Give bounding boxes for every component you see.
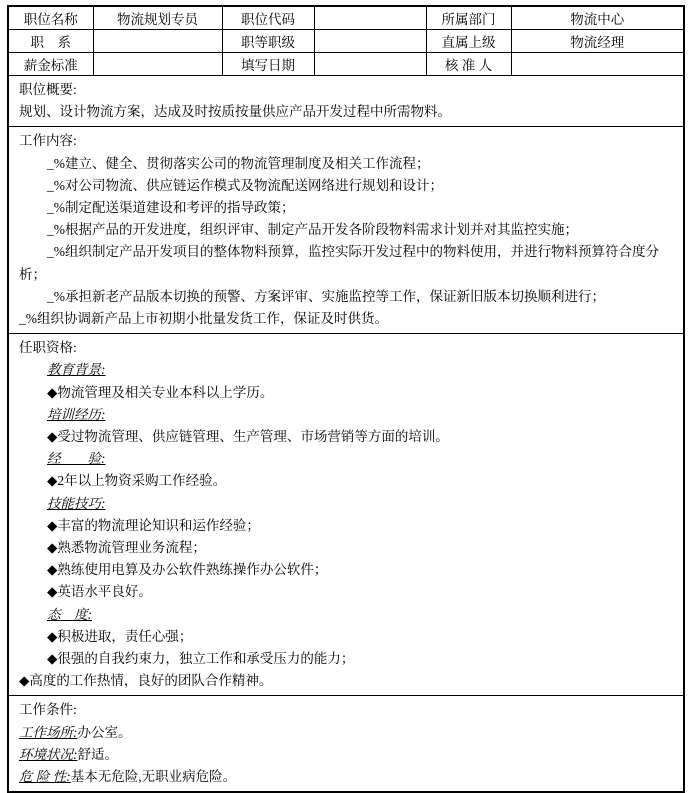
attitude-heading-text: 态 度: [47,607,92,622]
salary-value [93,53,222,76]
workplace-value: 办公室。 [78,725,132,740]
summary-title: 职位概要: [19,79,675,101]
training-heading: 培训经历: [47,404,675,426]
skills-heading-text: 技能技巧: [47,496,106,511]
approver-label: 核 准 人 [426,53,511,76]
workplace-label: 工作场所: [19,725,78,740]
experience-heading: 经 验: [47,448,675,470]
job-description-form: 职位名称 物流规划专员 职位代码 所属部门 物流中心 职 系 职等职级 直属上级… [7,5,685,792]
risk-label: 危 险 性: [19,769,71,784]
job-grade-label: 职等职级 [222,30,314,53]
bullet-skill: ◆熟练使用电算及办公软件熟练操作办公软件； [47,559,675,581]
qualifications-section: 任职资格: 教育背景: ◆物流管理及相关专业本科以上学历。 培训经历: ◆受过物… [9,333,683,695]
job-family-value [93,30,222,53]
education-heading: 教育背景: [47,359,675,381]
job-name-label: 职位名称 [9,7,93,30]
bullet-skill: ◆丰富的物流理论知识和运作经验； [47,515,675,537]
bullet-experience: ◆2年以上物资采购工作经验。 [47,470,675,492]
department-value: 物流中心 [511,7,683,30]
duty-item: _%承担新老产品版本切换的预警、方案评审、实施监控等工作，保证新旧版本切换顺利进… [19,286,675,308]
education-heading-text: 教育背景: [47,362,106,377]
job-code-value [314,7,426,30]
header-row-1: 职位名称 物流规划专员 职位代码 所属部门 物流中心 [9,7,683,30]
salary-label: 薪金标准 [9,53,93,76]
bullet-education: ◆物流管理及相关专业本科以上学历。 [47,382,675,404]
skills-heading: 技能技巧: [47,493,675,515]
summary-body: 规划、设计物流方案，达成及时按质按量供应产品开发过程中所需物料。 [19,101,675,123]
condition-environment: 环境状况:舒适。 [19,744,675,766]
environment-value: 舒适。 [78,747,119,762]
job-code-label: 职位代码 [222,7,314,30]
job-name-value: 物流规划专员 [93,7,222,30]
approver-value [511,53,683,76]
bullet-training: ◆受过物流管理、供应链管理、生产管理、市场营销等方面的培训。 [47,426,675,448]
condition-workplace: 工作场所:办公室。 [19,722,675,744]
department-label: 所属部门 [426,7,511,30]
qualifications-title: 任职资格: [19,337,675,359]
bullet-closing: ◆高度的工作热情，良好的团队合作精神。 [19,670,675,692]
supervisor-value: 物流经理 [511,30,683,53]
bullet-skill: ◆英语水平良好。 [47,581,675,603]
duty-item: _%组织协调新产品上市初期小批量发货工作，保证及时供货。 [19,308,675,330]
risk-value: 基本无危险,无职业病危险。 [71,769,236,784]
duties-title: 工作内容: [19,130,675,152]
duty-item: _%根据产品的开发进度，组织评审、制定产品开发各阶段物料需求计划并对其监控实施； [19,219,675,241]
job-grade-value [314,30,426,53]
duty-item: _%组织制定产品开发项目的整体物料预算，监控实际开发过程中的物料使用，并进行物料… [19,241,675,285]
duties-section: 工作内容: _%建立、健全、贯彻落实公司的物流管理制度及相关工作流程； _%对公… [9,126,683,333]
training-heading-text: 培训经历: [47,407,106,422]
conditions-section: 工作条件: 工作场所:办公室。 环境状况:舒适。 危 险 性:基本无危险,无职业… [9,695,683,791]
header-row-2: 职 系 职等职级 直属上级 物流经理 [9,30,683,53]
supervisor-label: 直属上级 [426,30,511,53]
experience-heading-text: 经 验: [47,451,106,466]
bullet-attitude: ◆很强的自我约束力，独立工作和承受压力的能力； [47,648,675,670]
bullet-attitude: ◆积极进取，责任心强； [47,626,675,648]
conditions-title: 工作条件: [19,699,675,721]
duty-item: _%建立、健全、贯彻落实公司的物流管理制度及相关工作流程； [19,153,675,175]
header-table: 职位名称 物流规划专员 职位代码 所属部门 物流中心 职 系 职等职级 直属上级… [9,7,683,75]
summary-section: 职位概要: 规划、设计物流方案，达成及时按质按量供应产品开发过程中所需物料。 [9,75,683,126]
environment-label: 环境状况: [19,747,78,762]
bullet-skill: ◆熟悉物流管理业务流程； [47,537,675,559]
fill-date-value [314,53,426,76]
job-family-label: 职 系 [9,30,93,53]
header-row-3: 薪金标准 填写日期 核 准 人 [9,53,683,76]
duty-item: _%制定配送渠道建设和考评的指导政策； [19,197,675,219]
duty-item: _%对公司物流、供应链运作模式及物流配送网络进行规划和设计； [19,175,675,197]
fill-date-label: 填写日期 [222,53,314,76]
condition-risk: 危 险 性:基本无危险,无职业病危险。 [19,766,675,788]
attitude-heading: 态 度: [47,604,675,626]
